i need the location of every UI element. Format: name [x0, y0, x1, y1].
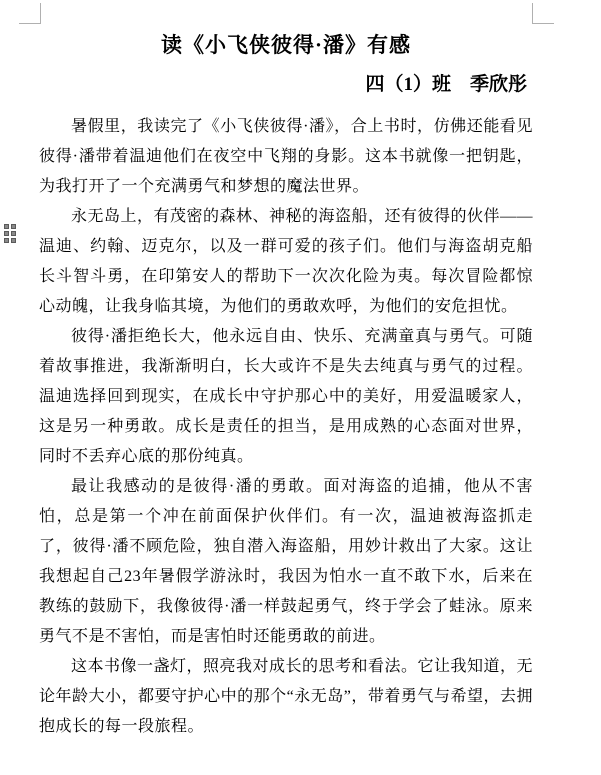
essay-paragraph-3[interactable]: 彼得·潘拒绝长大，他永远自由、快乐、充满童真与勇气。可随着故事推进，我渐渐明白，… [39, 322, 533, 472]
essay-byline[interactable]: 四（1）班 季欣彤 [39, 70, 527, 100]
essay-title[interactable]: 读《小飞侠彼得·潘》有感 [39, 30, 533, 60]
essay-paragraph-5[interactable]: 这本书像一盏灯，照亮我对成长的思考和看法。它让我知道，无论年龄大小，都要守护心中… [39, 652, 533, 742]
essay-paragraph-1[interactable]: 暑假里，我读完了《小飞侠彼得·潘》，合上书时，仿佛还能看见彼得·潘带着温迪他们在… [39, 112, 533, 202]
essay-paragraph-2[interactable]: 永无岛上，有茂密的森林、神秘的海盗船，还有彼得的伙伴——温迪、约翰、迈克尔，以及… [39, 202, 533, 322]
drag-handle-dot [4, 224, 9, 229]
document-content: 读《小飞侠彼得·潘》有感 四（1）班 季欣彤 暑假里，我读完了《小飞侠彼得·潘》… [39, 0, 533, 742]
margin-corner-mark-top-left-icon [19, 3, 41, 24]
margin-corner-mark-top-right-icon [532, 3, 554, 24]
drag-handle-dot [4, 231, 9, 236]
drag-handle-dot [4, 238, 9, 243]
drag-handle-dot [11, 224, 16, 229]
document-page: 读《小飞侠彼得·潘》有感 四（1）班 季欣彤 暑假里，我读完了《小飞侠彼得·潘》… [0, 0, 601, 775]
essay-body: 暑假里，我读完了《小飞侠彼得·潘》，合上书时，仿佛还能看见彼得·潘带着温迪他们在… [39, 112, 533, 742]
drag-handle-dot [11, 238, 16, 243]
drag-handle-dot [11, 231, 16, 236]
drag-handle-icon[interactable] [4, 224, 16, 243]
essay-paragraph-4[interactable]: 最让我感动的是彼得·潘的勇敢。面对海盗的追捕，他从不害怕，总是第一个冲在前面保护… [39, 472, 533, 652]
